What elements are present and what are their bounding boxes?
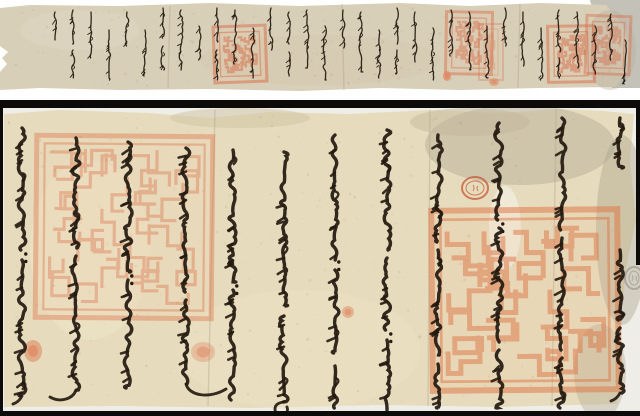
speckle: [136, 46, 138, 48]
speckle: [37, 50, 39, 52]
seal-stamp: [479, 24, 503, 80]
speckle: [204, 15, 206, 17]
speckle: [93, 61, 95, 63]
speckle: [418, 53, 420, 55]
speckle: [189, 40, 191, 42]
script-tooth: [433, 234, 438, 236]
speckle: [124, 72, 127, 75]
scroll-detail-photo: [0, 100, 640, 416]
speckle: [311, 60, 313, 62]
speckle: [255, 147, 256, 148]
speckle: [384, 359, 385, 360]
script-tooth: [178, 333, 186, 335]
speckle: [506, 159, 508, 161]
speckle: [312, 70, 314, 72]
speckle: [391, 212, 394, 215]
script-tooth: [382, 200, 387, 202]
speckle: [42, 52, 44, 54]
seal-glyph-stroke: [490, 60, 494, 65]
speckle: [326, 142, 328, 144]
speckle: [271, 125, 273, 127]
script-tooth: [181, 341, 186, 343]
speckle: [315, 313, 317, 315]
speckle: [345, 241, 347, 243]
ink-blot: [443, 71, 451, 81]
speckle: [206, 398, 207, 399]
speckle: [175, 357, 176, 358]
speckle: [307, 173, 310, 176]
speckle: [357, 390, 359, 392]
script-tooth: [331, 227, 335, 229]
speckle: [137, 67, 138, 68]
speckle: [276, 46, 277, 47]
speckle: [527, 36, 529, 38]
speckle: [182, 55, 184, 57]
speckle: [377, 393, 378, 394]
speckle: [32, 9, 34, 11]
speckle: [215, 231, 218, 234]
script-dot: [235, 284, 238, 287]
ink-blot: [489, 78, 499, 86]
speckle: [389, 78, 390, 79]
speckle: [313, 75, 315, 77]
speckle: [253, 373, 255, 375]
speckle: [78, 352, 81, 355]
script-tooth: [615, 153, 620, 155]
speckle: [192, 13, 194, 15]
speckle: [573, 6, 574, 7]
speckle: [249, 329, 251, 331]
speckle: [70, 15, 72, 17]
ink-blot: [24, 340, 42, 362]
speckle: [392, 74, 394, 76]
photo-frame-top: [0, 100, 640, 108]
script-dot: [389, 340, 392, 343]
speckle: [302, 192, 304, 194]
speckle: [111, 58, 113, 60]
script-dot: [24, 260, 27, 263]
speckle: [186, 29, 187, 30]
speckle: [411, 40, 412, 41]
speckle: [319, 199, 322, 202]
speckle: [381, 41, 384, 44]
speckle: [568, 400, 569, 401]
speckle: [410, 156, 412, 158]
speckle: [215, 328, 216, 329]
speckle: [543, 34, 545, 36]
speckle: [118, 17, 120, 19]
speckle: [312, 53, 313, 54]
speckle: [372, 205, 374, 207]
speckle: [157, 392, 159, 394]
speckle: [582, 156, 583, 157]
speckle: [101, 81, 102, 82]
speckle: [528, 9, 530, 11]
speckle: [273, 32, 274, 33]
speckle: [401, 401, 403, 403]
speckle: [45, 65, 47, 67]
speckle: [325, 350, 327, 352]
speckle: [192, 41, 195, 44]
speckle: [403, 138, 405, 140]
speckle: [577, 198, 579, 200]
speckle: [424, 23, 425, 24]
script-tooth: [556, 207, 562, 209]
speckle: [177, 61, 178, 62]
speckle: [316, 205, 319, 208]
script-dot: [130, 274, 133, 277]
speckle: [272, 115, 274, 117]
speckle: [410, 174, 413, 177]
speckle: [293, 304, 294, 305]
speckle: [105, 74, 107, 76]
speckle: [33, 387, 34, 388]
paper-stain: [170, 108, 310, 128]
speckle: [14, 343, 15, 344]
speckle: [459, 122, 462, 125]
speckle: [572, 119, 574, 121]
speckle: [373, 73, 375, 75]
speckle: [15, 78, 16, 79]
photo-frame-right: [636, 100, 640, 265]
speckle: [190, 27, 192, 29]
speckle: [94, 85, 95, 86]
speckle: [298, 366, 300, 368]
speckle: [291, 52, 293, 54]
speckle: [170, 372, 172, 374]
speckle: [111, 19, 113, 21]
speckle: [306, 293, 308, 295]
speckle: [374, 38, 376, 40]
speckle: [491, 142, 494, 145]
speckle: [442, 125, 444, 127]
speckle: [412, 28, 413, 29]
speckle: [408, 193, 410, 195]
speckle: [187, 131, 188, 132]
speckle: [298, 249, 300, 251]
speckle: [107, 83, 110, 86]
script-tooth: [280, 293, 284, 295]
speckle: [321, 8, 323, 10]
speckle: [104, 323, 105, 324]
speckle: [399, 76, 401, 78]
speckle: [21, 12, 23, 14]
speckle: [338, 8, 339, 9]
speckle: [438, 32, 441, 35]
speckle: [613, 130, 614, 131]
speckle: [324, 345, 326, 347]
script-tooth: [380, 364, 387, 366]
speckle: [443, 16, 445, 18]
speckle: [338, 141, 340, 143]
paper-stain: [410, 108, 530, 136]
speckle: [220, 344, 222, 346]
script-dot: [389, 332, 392, 335]
speckle: [252, 15, 255, 18]
speckle: [346, 252, 347, 253]
speckle: [398, 271, 401, 274]
speckle: [515, 165, 518, 168]
script-dot: [501, 222, 504, 225]
speckle: [372, 402, 373, 403]
speckle: [187, 82, 189, 84]
speckle: [374, 263, 376, 265]
speckle: [300, 66, 301, 67]
speckle: [283, 186, 285, 188]
speckle: [94, 11, 97, 14]
ink-blot: [191, 342, 215, 362]
script-tooth: [72, 243, 76, 245]
speckle: [615, 135, 616, 136]
speckle: [245, 263, 247, 265]
speckle: [309, 279, 312, 282]
speckle: [586, 167, 587, 168]
speckle: [225, 206, 228, 209]
speckle: [135, 127, 137, 129]
speckle: [195, 331, 197, 333]
speckle: [327, 43, 329, 45]
speckle: [146, 84, 148, 86]
speckle: [247, 393, 250, 396]
speckle: [151, 116, 152, 117]
speckle: [406, 258, 407, 259]
speckle: [192, 371, 194, 373]
speckle: [343, 219, 346, 222]
speckle: [330, 73, 333, 76]
speckle: [431, 157, 434, 160]
speckle: [15, 64, 17, 66]
speckle: [326, 395, 329, 398]
speckle: [122, 34, 124, 36]
speckle: [45, 35, 46, 36]
script-dot: [130, 282, 133, 285]
speckle: [20, 62, 21, 63]
photo-frame-bottom: [0, 411, 640, 416]
speckle: [304, 330, 305, 331]
speckle: [572, 22, 574, 24]
speckle: [432, 118, 435, 121]
script-tooth: [70, 149, 76, 151]
speckle: [223, 242, 226, 245]
speckle: [249, 278, 250, 279]
speckle: [270, 237, 272, 239]
script-dot: [235, 292, 238, 295]
speckle: [519, 192, 520, 193]
speckle: [259, 116, 262, 119]
paper-stain: [20, 10, 140, 50]
speckle: [310, 350, 312, 352]
speckle: [330, 264, 332, 266]
speckle: [330, 41, 332, 43]
speckle: [265, 207, 266, 208]
speckle: [242, 21, 245, 24]
speckle: [278, 135, 280, 137]
speckle: [243, 262, 244, 263]
speckle: [488, 6, 489, 7]
speckle: [381, 33, 383, 35]
speckle: [323, 20, 326, 23]
speckle: [519, 180, 521, 182]
script-tooth: [557, 315, 562, 317]
scroll-overview-photo: [0, 0, 640, 100]
speckle: [515, 55, 518, 58]
speckle: [8, 121, 11, 124]
speckle: [408, 69, 410, 71]
speckle: [411, 7, 413, 9]
speckle: [332, 71, 333, 72]
script-tooth: [433, 403, 438, 405]
script-tooth: [493, 199, 499, 201]
speckle: [605, 183, 606, 184]
speckle: [378, 132, 380, 134]
speckle: [347, 82, 350, 85]
speckle: [220, 170, 222, 172]
speckle: [301, 11, 303, 13]
speckle: [360, 49, 362, 51]
speckle: [463, 395, 465, 397]
speckle: [434, 117, 437, 120]
speckle: [78, 7, 80, 9]
speckle: [30, 33, 31, 34]
speckle: [348, 193, 351, 196]
speckle: [288, 194, 289, 195]
speckle: [395, 223, 397, 225]
speckle: [625, 76, 627, 78]
seal-glyph-stroke: [613, 58, 617, 63]
speckle: [419, 69, 421, 71]
speckle: [529, 60, 530, 61]
speckle: [306, 338, 309, 341]
speckle: [155, 31, 156, 32]
speckle: [378, 80, 381, 83]
speckle: [12, 383, 13, 384]
speckle: [228, 194, 230, 196]
speckle: [270, 194, 272, 196]
speckle: [428, 39, 430, 41]
speckle: [407, 310, 409, 312]
speckle: [310, 25, 312, 27]
speckle: [16, 242, 17, 243]
speckle: [394, 35, 396, 37]
script-tooth: [615, 311, 620, 313]
speckle: [410, 146, 413, 149]
speckle: [300, 141, 301, 142]
speckle: [91, 384, 93, 386]
script-tooth: [433, 171, 438, 173]
speckle: [118, 47, 119, 48]
speckle: [175, 10, 176, 11]
script-tooth: [180, 193, 186, 195]
speckle: [336, 20, 337, 21]
seal-stamp: [585, 15, 631, 75]
speckle: [259, 375, 260, 376]
seal-stamp: [213, 25, 267, 83]
script-dot: [337, 268, 340, 271]
script-tooth: [494, 180, 499, 182]
speckle: [18, 283, 19, 284]
speckle: [16, 266, 18, 268]
speckle: [397, 77, 400, 80]
speckle: [367, 22, 369, 24]
speckle: [296, 323, 298, 325]
speckle: [322, 26, 324, 28]
script-tooth: [383, 288, 387, 290]
script-dot: [501, 230, 504, 233]
speckle: [324, 268, 327, 271]
script-tooth: [179, 156, 186, 158]
script-tooth: [330, 297, 335, 299]
speckle: [400, 30, 402, 32]
speckle: [90, 340, 92, 342]
ink-blot: [342, 306, 354, 318]
speckle: [316, 54, 318, 56]
speckle: [418, 335, 421, 338]
script-tooth: [123, 318, 128, 320]
speckle: [107, 12, 110, 15]
speckle: [239, 232, 241, 234]
script-dot: [337, 260, 340, 263]
speckle: [515, 137, 517, 139]
speckle: [539, 142, 540, 143]
speckle: [136, 80, 139, 83]
speckle: [301, 218, 303, 220]
seal-stamp: [431, 209, 619, 391]
speckle: [358, 78, 360, 80]
speckle: [353, 196, 355, 198]
speckle: [46, 26, 48, 28]
speckle: [557, 161, 560, 164]
photo-frame-left: [0, 100, 3, 416]
script-tooth: [382, 316, 387, 318]
speckle: [397, 277, 398, 278]
speckle: [357, 84, 358, 85]
script-tooth: [279, 325, 284, 327]
speckle: [602, 75, 604, 77]
manuscript-photo-collage: [0, 0, 640, 416]
speckle: [303, 135, 305, 137]
speckle: [125, 117, 127, 119]
speckle: [327, 37, 328, 38]
speckle: [406, 230, 408, 232]
speckle: [400, 66, 402, 68]
speckle: [435, 54, 436, 55]
speckle: [544, 42, 545, 43]
speckle: [510, 22, 512, 24]
speckle: [145, 365, 148, 368]
speckle: [358, 270, 359, 271]
speckle: [357, 218, 359, 220]
speckle: [15, 316, 17, 318]
speckle: [107, 394, 108, 395]
script-dot: [24, 252, 27, 255]
speckle: [123, 9, 125, 11]
speckle: [260, 242, 262, 244]
speckle: [99, 27, 100, 28]
speckle: [437, 79, 438, 80]
speckle: [263, 19, 264, 20]
script-tooth: [278, 394, 284, 396]
